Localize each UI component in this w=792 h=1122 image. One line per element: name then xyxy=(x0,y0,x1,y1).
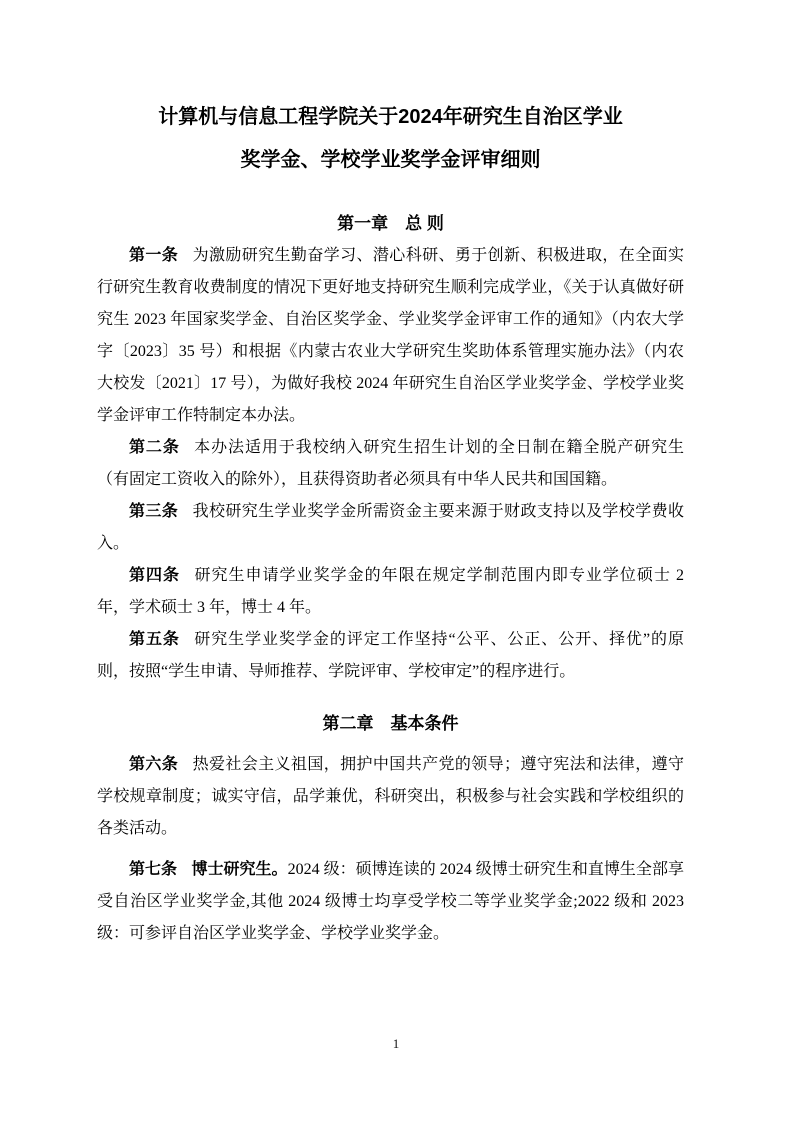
chapter-1-body: 第一条为激励研究生勤奋学习、潜心科研、勇于创新、积极进取，在全面实行研究生教育收… xyxy=(97,240,684,688)
article-7-text: 2024 级：硕博连读的 2024 级博士研究生和直博生全部享受自治区学业奖学金… xyxy=(97,861,684,942)
article-1-number: 第一条 xyxy=(129,247,178,264)
article-4-number: 第四条 xyxy=(129,567,180,584)
page-number: 1 xyxy=(393,1036,400,1051)
document-title: 计算机与信息工程学院关于2024年研究生自治区学业 奖学金、学校学业奖学金评审细… xyxy=(97,96,684,182)
article-3-number: 第三条 xyxy=(129,503,178,520)
article-3: 第三条我校研究生学业奖学金所需资金主要来源于财政支持以及学校学费收入。 xyxy=(97,496,684,560)
article-6-number: 第六条 xyxy=(129,756,178,773)
article-7-bold-lead: 博士研究生。 xyxy=(191,861,287,878)
article-2: 第二条本办法适用于我校纳入研究生招生计划的全日制在籍全脱产研究生（有固定工资收入… xyxy=(97,432,684,496)
article-3-text: 我校研究生学业奖学金所需资金主要来源于财政支持以及学校学费收入。 xyxy=(97,503,684,552)
article-5-number: 第五条 xyxy=(129,631,180,648)
article-7-number: 第七条 xyxy=(129,861,177,878)
document-page: 计算机与信息工程学院关于2024年研究生自治区学业 奖学金、学校学业奖学金评审细… xyxy=(0,0,792,1122)
article-2-text: 本办法适用于我校纳入研究生招生计划的全日制在籍全脱产研究生（有固定工资收入的除外… xyxy=(97,439,684,488)
article-6: 第六条热爱社会主义祖国，拥护中国共产党的领导；遵守宪法和法律，遵守学校规章制度；… xyxy=(97,749,684,845)
chapter-1-heading: 第一章 总 则 xyxy=(97,208,684,240)
article-7: 第七条博士研究生。2024 级：硕博连读的 2024 级博士研究生和直博生全部享… xyxy=(97,854,684,950)
article-1-text: 为激励研究生勤奋学习、潜心科研、勇于创新、积极进取，在全面实行研究生教育收费制度… xyxy=(97,247,684,424)
article-6-text: 热爱社会主义祖国，拥护中国共产党的领导；遵守宪法和法律，遵守学校规章制度；诚实守… xyxy=(97,756,684,837)
article-1: 第一条为激励研究生勤奋学习、潜心科研、勇于创新、积极进取，在全面实行研究生教育收… xyxy=(97,240,684,432)
article-4: 第四条研究生申请学业奖学金的年限在规定学制范围内即专业学位硕士 2 年，学术硕士… xyxy=(97,560,684,624)
chapter-2-body: 第六条热爱社会主义祖国，拥护中国共产党的领导；遵守宪法和法律，遵守学校规章制度；… xyxy=(97,749,684,950)
chapter-2-heading: 第二章 基本条件 xyxy=(97,708,684,740)
title-line-2: 奖学金、学校学业奖学金评审细则 xyxy=(97,139,684,182)
page-footer: 1 xyxy=(0,1036,792,1052)
article-4-text: 研究生申请学业奖学金的年限在规定学制范围内即专业学位硕士 2 年，学术硕士 3 … xyxy=(97,567,684,616)
article-5: 第五条研究生学业奖学金的评定工作坚持“公平、公正、公开、择优”的原则，按照“学生… xyxy=(97,624,684,688)
article-2-number: 第二条 xyxy=(129,439,180,456)
article-5-text: 研究生学业奖学金的评定工作坚持“公平、公正、公开、择优”的原则，按照“学生申请、… xyxy=(97,631,684,680)
title-line-1: 计算机与信息工程学院关于2024年研究生自治区学业 xyxy=(97,96,684,139)
